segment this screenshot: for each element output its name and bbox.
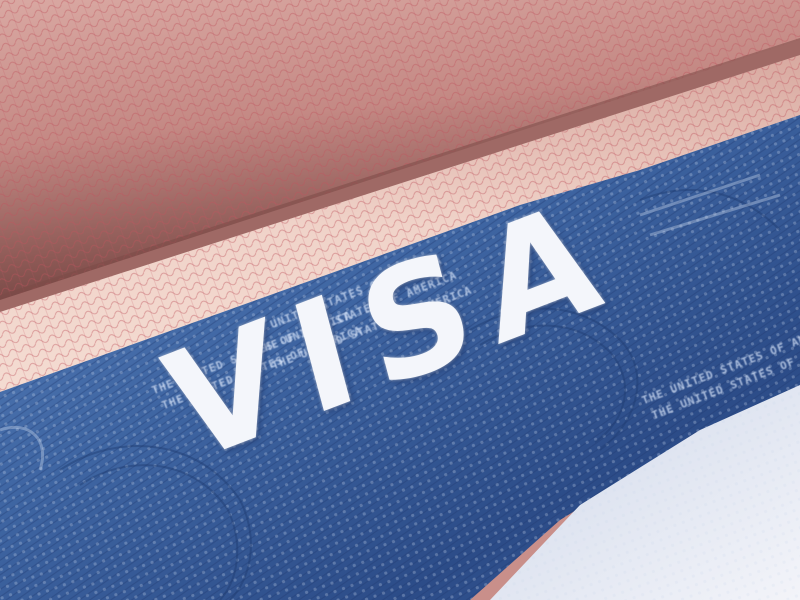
visa-photo: THE UNITED STATES OF AMERICA THE UNITED … [0, 0, 800, 600]
